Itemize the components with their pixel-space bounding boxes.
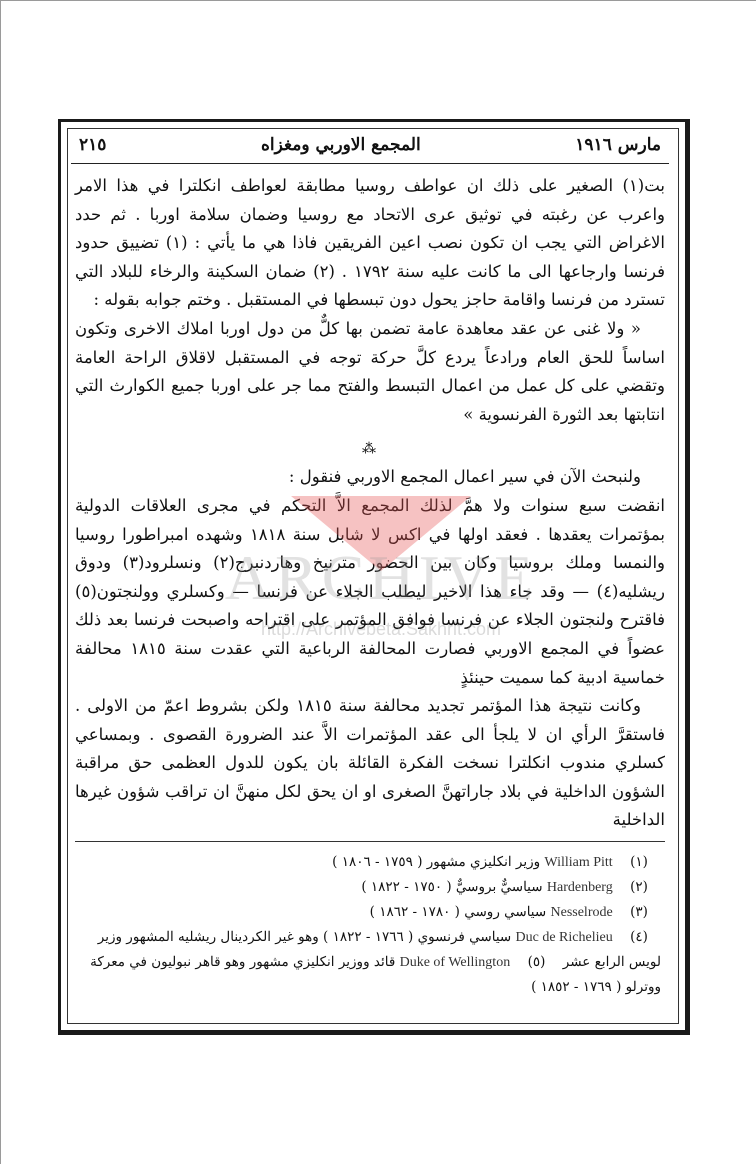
footnote-number: (٤) [617, 925, 661, 950]
footnote-text: وزير انكليزي مشهور ( ١٧٥٩ - ١٨٠٦ ) [332, 854, 540, 870]
header-rule [71, 163, 669, 164]
footnote-4: (٤) Duc de Richelieu سياسي فرنسوي ( ١٧٦٦… [69, 925, 671, 1000]
footnote-text: سياسي روسي ( ١٧٨٠ - ١٨٦٢ ) [370, 904, 547, 920]
footnote-rule [75, 841, 665, 842]
paragraph-1: بت(١) الصغير على ذلك ان عواطف روسيا مطاب… [69, 172, 671, 315]
footnote-latin-name: Duke of Wellington [400, 955, 511, 970]
footnote-latin-name: Duc de Richelieu [516, 930, 613, 945]
section-separator: ⁂ [69, 429, 671, 463]
running-header: مارس ١٩١٦ المجمع الاوربي ومغزاه ٢١٥ [69, 129, 671, 161]
paragraph-intro: ولنبحث الآن في سير اعمال المجمع الاوربي … [69, 463, 671, 492]
header-date: مارس ١٩١٦ [575, 135, 661, 155]
footnote-number: (٢) [617, 875, 661, 900]
paragraph-result: وكانت نتيجة هذا المؤتمر تجديد محالفة سنة… [69, 692, 671, 835]
header-title: المجمع الاوربي ومغزاه [261, 135, 421, 155]
footnote-latin-name: Hardenberg [547, 880, 613, 895]
footnote-number: (٥) [515, 950, 559, 975]
footnote-latin-name: Nesselrode [551, 905, 613, 920]
footnote-number: (١) [617, 850, 661, 875]
footnote-3: (٣) Nesselrode سياسي روسي ( ١٧٨٠ - ١٨٦٢ … [69, 900, 671, 925]
footnote-1: (١) William Pitt وزير انكليزي مشهور ( ١٧… [69, 850, 671, 875]
quote-paragraph: « ولا غنى عن عقد معاهدة عامة تضمن بها كل… [69, 315, 671, 429]
page-number: ٢١٥ [79, 135, 106, 155]
footnote-number: (٣) [617, 900, 661, 925]
footnote-latin-name: William Pitt [544, 855, 612, 870]
footnote-text: سياسيٌّ بروسيٌّ ( ١٧٥٠ - ١٨٢٢ ) [361, 879, 542, 895]
footnote-2: (٢) Hardenberg سياسيٌّ بروسيٌّ ( ١٧٥٠ - … [69, 875, 671, 900]
page-content: مارس ١٩١٦ المجمع الاوربي ومغزاه ٢١٥ بت(١… [69, 129, 671, 1000]
paragraph-congress: انقضت سبع سنوات ولا همَّ لذلك المجمع الا… [69, 492, 671, 692]
